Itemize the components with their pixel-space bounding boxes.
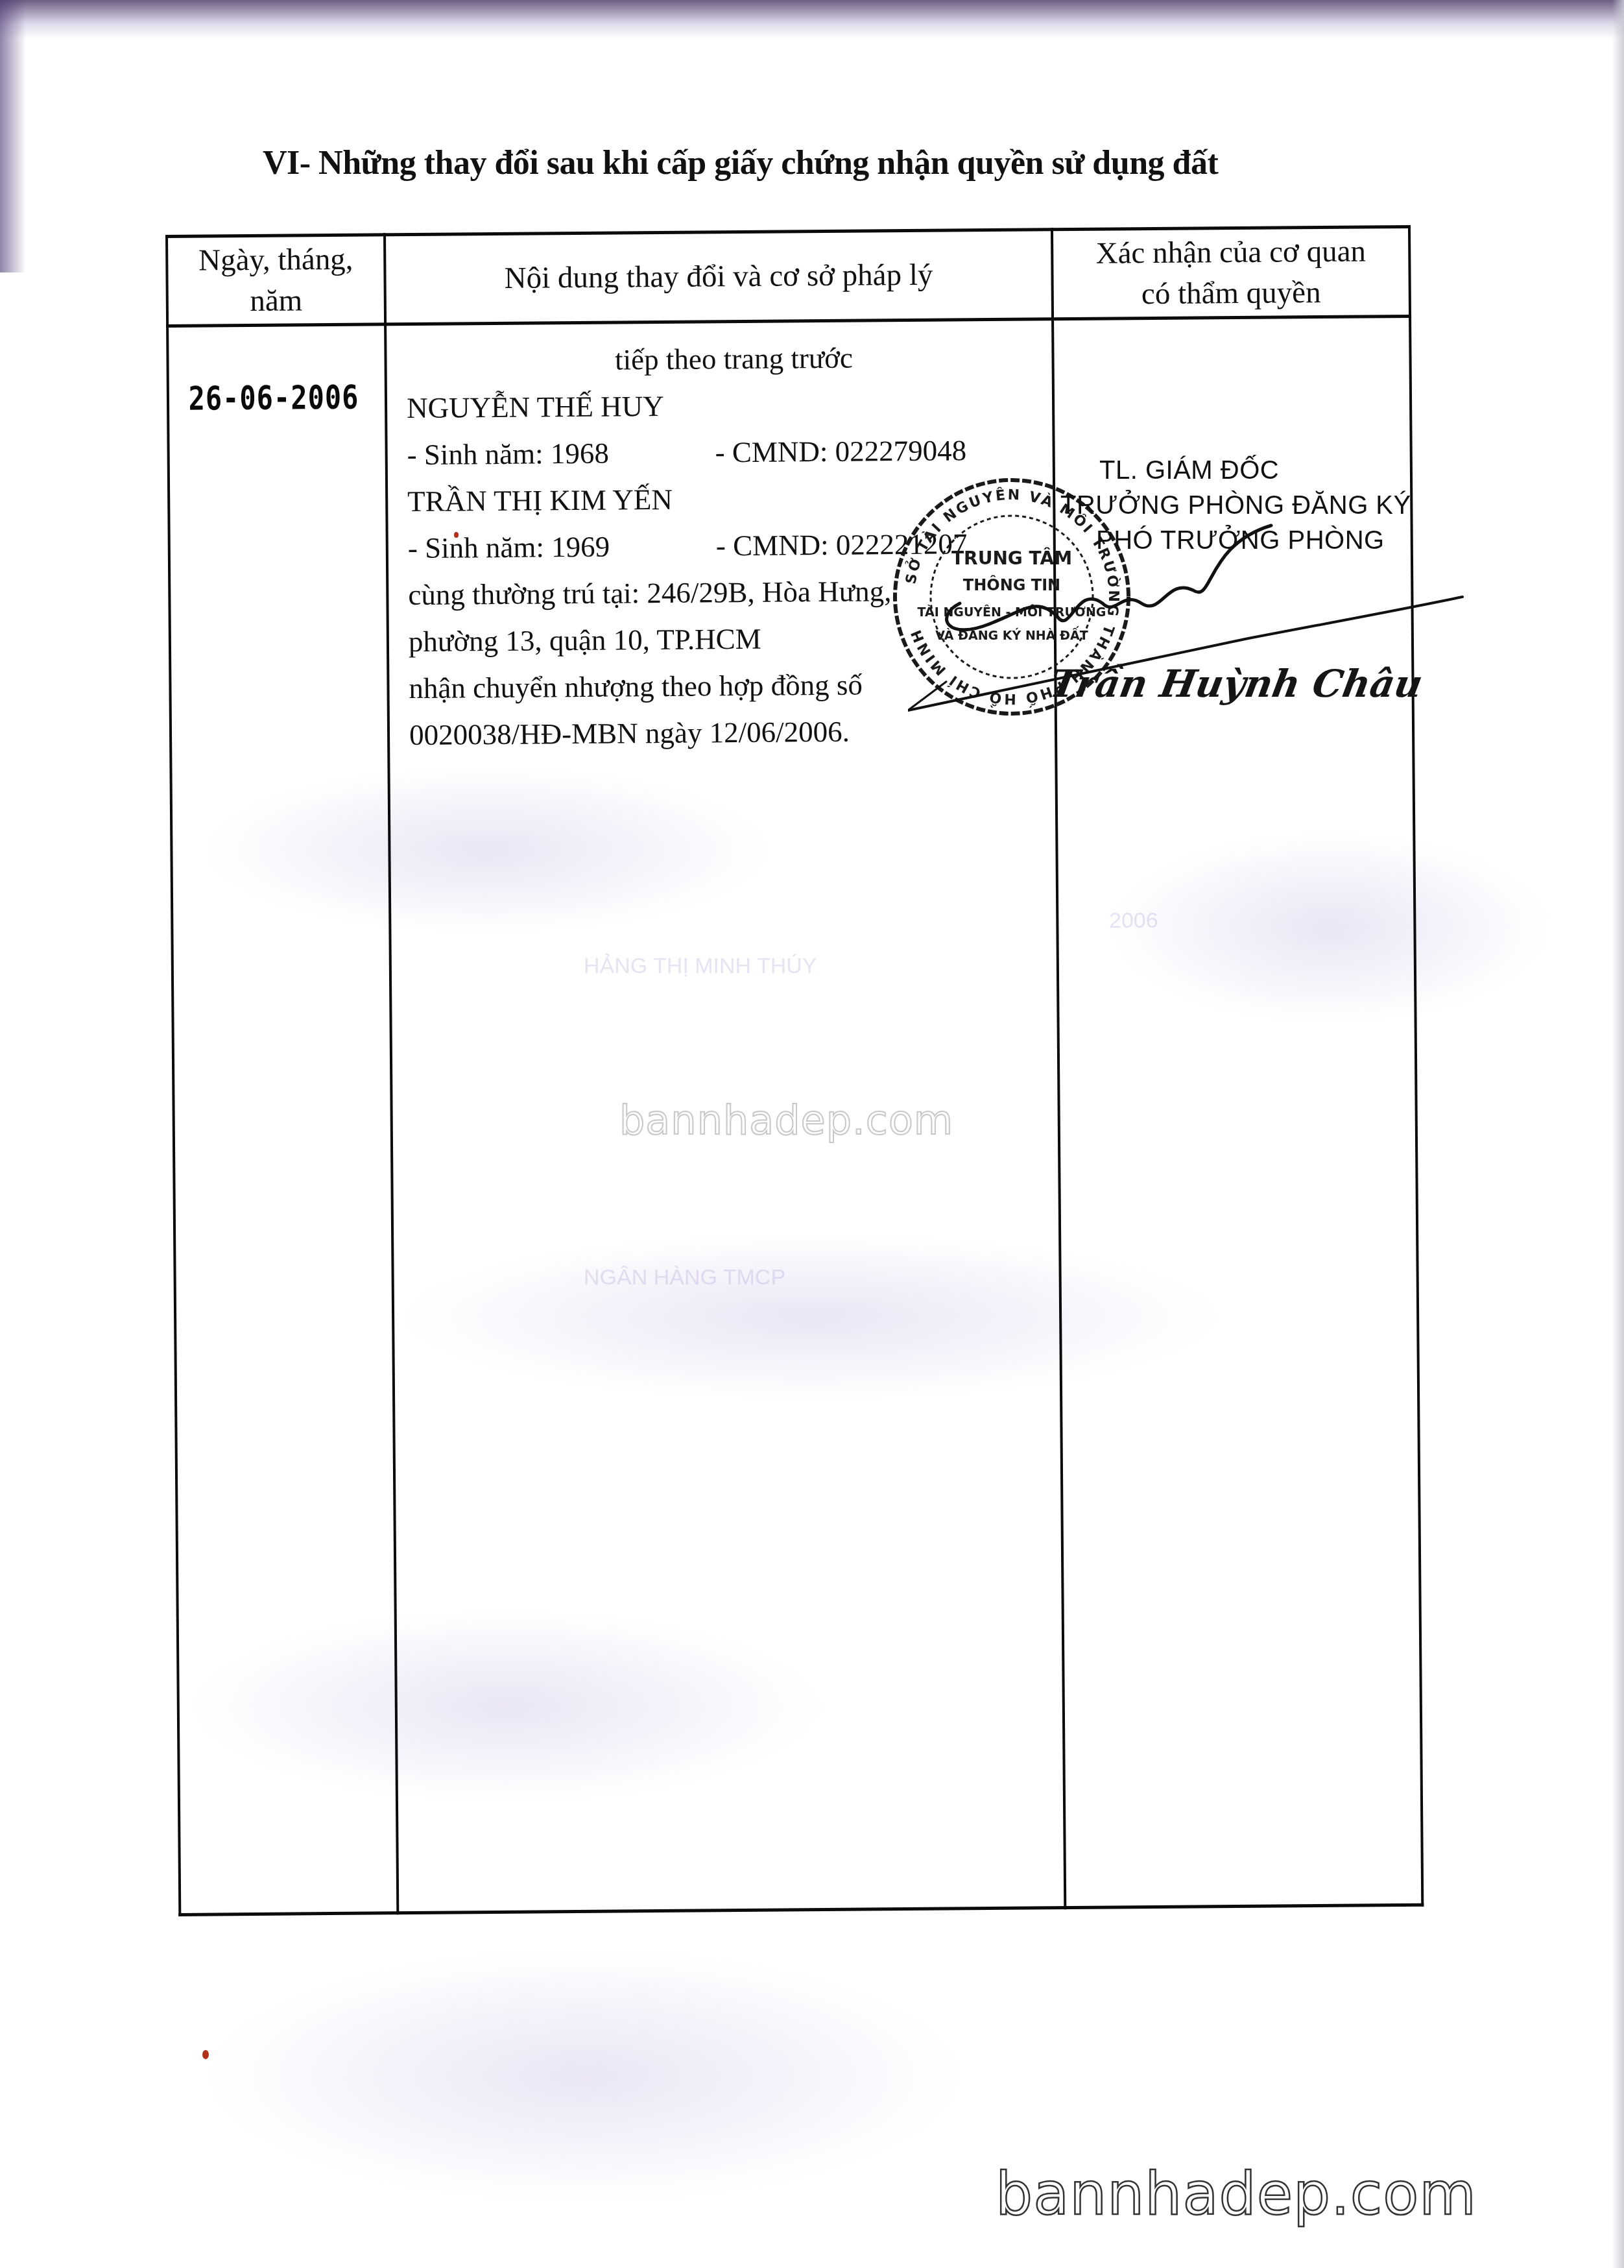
- header-date-line-1: Ngày, tháng,: [198, 239, 353, 281]
- confirmation-line-1: TL. GIÁM ĐỐC: [1099, 453, 1488, 488]
- watermark-bottom-right: bannhadep.com: [996, 2160, 1477, 2228]
- person-1-birth-year: - Sinh năm: 1968: [407, 429, 715, 478]
- scan-edge-shadow-top: [0, 0, 1624, 39]
- header-confirmation-line-1: Xác nhận của cơ quan: [1095, 232, 1366, 274]
- signer-name: Trần Huỳnh Châu: [1047, 662, 1426, 706]
- header-date-line-2: năm: [198, 280, 353, 321]
- header-confirmation-line-2: có thẩm quyền: [1096, 272, 1367, 314]
- ink-speck: [202, 2050, 209, 2059]
- scan-edge-shadow-left: [0, 0, 26, 272]
- row-date-stamp: 26-06-2006: [167, 378, 381, 418]
- table-border-left: [165, 235, 181, 1916]
- header-date: Ngày, tháng, năm: [168, 236, 384, 324]
- continuation-note: tiếp theo trang trước: [406, 333, 1036, 385]
- watermark-center: bannhadep.com: [619, 1096, 953, 1144]
- column-divider-1: [383, 233, 399, 1914]
- show-through-smudge: [195, 1946, 973, 2206]
- header-content: Nội dung thay đổi và cơ sở pháp lý: [386, 231, 1051, 322]
- person-1-name: NGUYỄN THẾ HUY: [407, 380, 1062, 431]
- scan-edge-strip-right: [1612, 0, 1624, 2268]
- show-through-text: 2006: [1109, 908, 1158, 934]
- table-border-bottom: [178, 1903, 1424, 1916]
- show-through-text: NGÂN HÀNG TMCP: [584, 1265, 785, 1290]
- header-content-label: Nội dung thay đổi và cơ sở pháp lý: [504, 255, 933, 298]
- section-title: VI- Những thay đổi sau khi cấp giấy chứn…: [263, 144, 1365, 182]
- show-through-text: HẢNG THỊ MINH THÚY: [584, 954, 817, 979]
- header-confirmation: Xác nhận của cơ quan có thẩm quyền: [1053, 228, 1409, 317]
- person-1-details: - Sinh năm: 1968 - CMND: 022279048: [407, 426, 1062, 478]
- person-2-birth-year: - Sinh năm: 1969: [408, 522, 717, 572]
- person-1-id-number: - CMND: 022279048: [715, 427, 966, 476]
